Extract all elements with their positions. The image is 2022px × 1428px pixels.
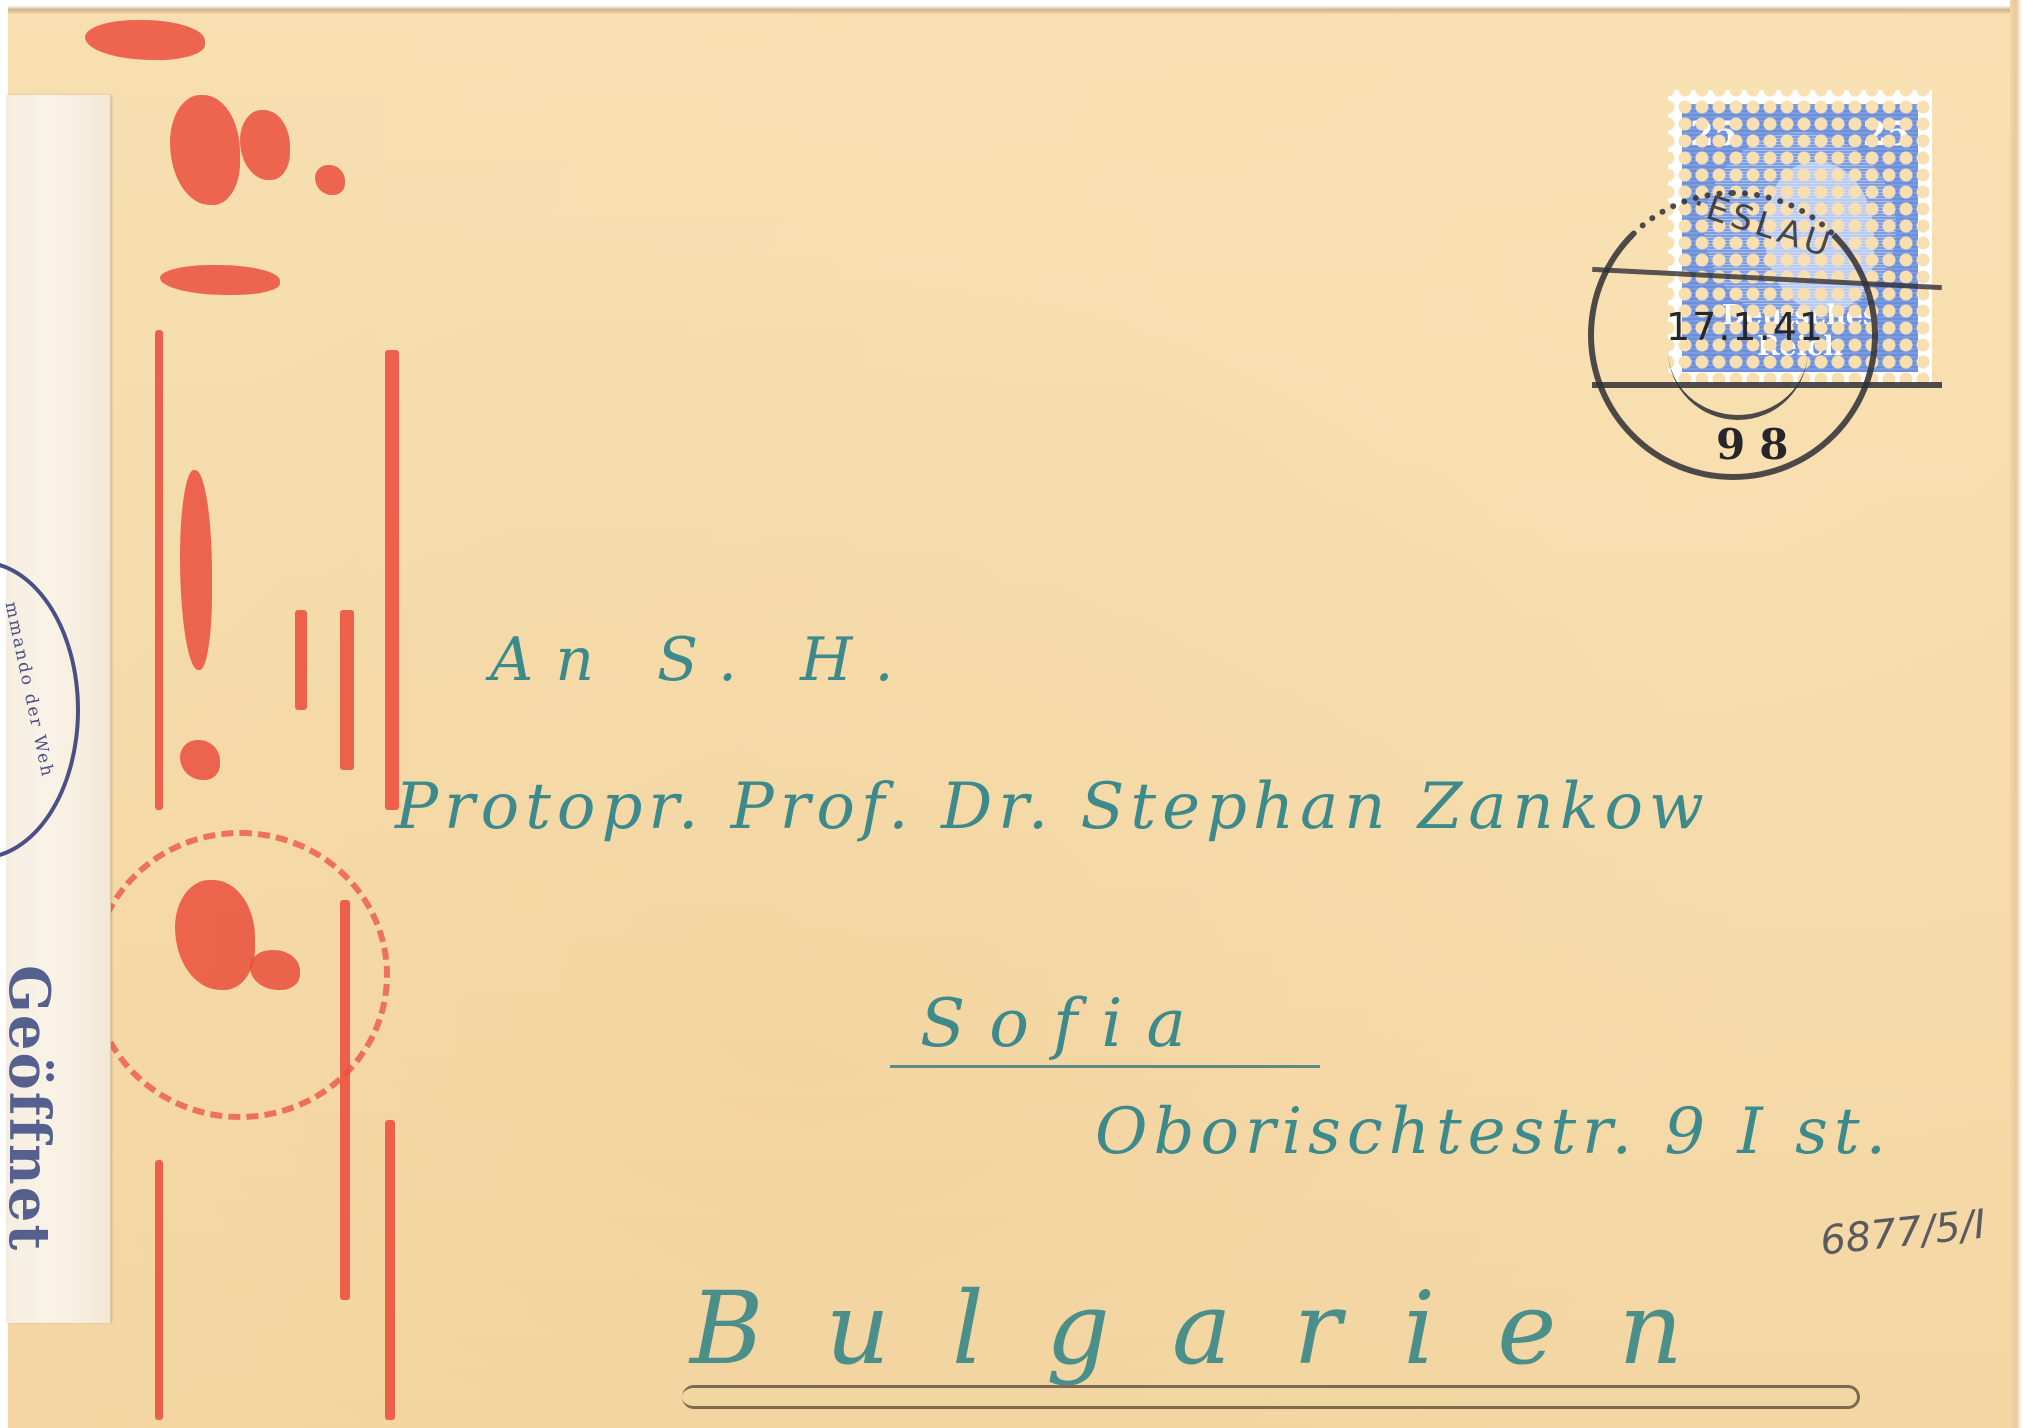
envelope-right-edge — [2010, 0, 2022, 1428]
address-city: Sofia — [920, 985, 1210, 1062]
country-underline — [682, 1385, 1860, 1409]
red-eagle-stamp-ring — [90, 830, 390, 1120]
censor-opened-label: Geöffnet — [0, 965, 62, 1252]
address-recipient: Protopr. Prof. Dr. Stephan Zankow — [395, 770, 1710, 844]
pencil-reference-note: 6877/5/I — [1818, 1201, 1988, 1264]
address-salutation: An S. H. — [490, 625, 916, 695]
address-street: Oborischtestr. 9 I st. — [1095, 1095, 1892, 1169]
red-censor-markings — [80, 0, 440, 1428]
postmark-code: 98 — [1716, 420, 1802, 469]
envelope: mmando der Weh Geöffnet 25 25 Deutsches … — [0, 0, 2022, 1428]
postmark-date: 17.1.41 — [1666, 305, 1825, 349]
city-underline — [890, 1065, 1320, 1068]
stamp-value-right: 25 — [1863, 114, 1910, 154]
stamp-value-left: 25 — [1690, 114, 1737, 154]
address-country: Bulgarien — [690, 1270, 1745, 1387]
faint-offset-marking — [760, 1060, 1060, 1300]
